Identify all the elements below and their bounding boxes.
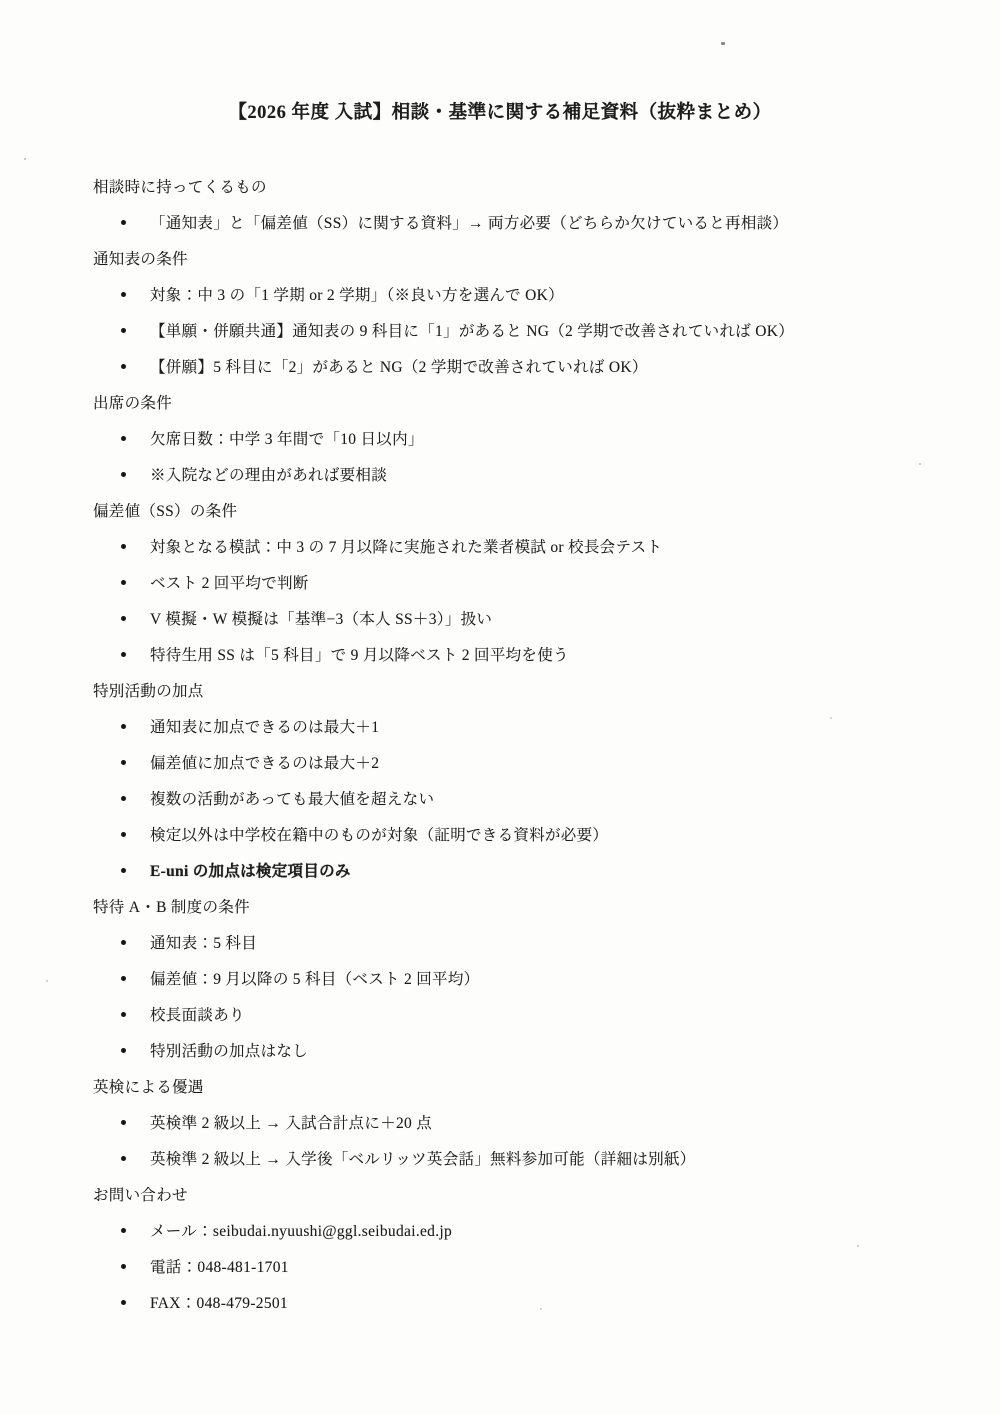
bullet-text: 複数の活動があっても最大値を超えない bbox=[150, 787, 434, 809]
bullet-item: FAX：048-479-2501 bbox=[93, 1284, 960, 1320]
bullet-item: 特待生用 SS は「5 科目」で 9 月以降ベスト 2 回平均を使う bbox=[93, 636, 960, 672]
bullet-icon bbox=[121, 652, 126, 657]
bullet-text: 偏差値に加点できるのは最大＋2 bbox=[150, 751, 379, 773]
bullet-text: メール：seibudai.nyuushi@ggl.seibudai.ed.jp bbox=[150, 1219, 452, 1241]
scan-speck bbox=[540, 1308, 542, 1310]
bullet-text: 通知表に加点できるのは最大＋1 bbox=[150, 715, 379, 737]
scan-speck bbox=[857, 1245, 859, 1247]
bullet-item: 【併願】5 科目に「2」があると NG（2 学期で改善されていれば OK） bbox=[93, 348, 960, 384]
section-heading: 英検による優遇 bbox=[93, 1068, 960, 1104]
bullet-item: 通知表：5 科目 bbox=[93, 924, 960, 960]
bullet-text: 偏差値：9 月以降の 5 科目（ベスト 2 回平均） bbox=[150, 967, 479, 989]
scan-speck bbox=[721, 42, 725, 45]
bullet-text: 対象：中 3 の「1 学期 or 2 学期」（※良い方を選んで OK） bbox=[150, 283, 564, 305]
bullet-text: 検定以外は中学校在籍中のものが対象（証明できる資料が必要） bbox=[150, 823, 608, 845]
bullet-item: 偏差値：9 月以降の 5 科目（ベスト 2 回平均） bbox=[93, 960, 960, 996]
bullet-text: 欠席日数：中学 3 年間で「10 日以内」 bbox=[150, 427, 424, 449]
bullet-icon bbox=[121, 616, 126, 621]
bullet-icon bbox=[121, 832, 126, 837]
bullet-text: 校長面談あり bbox=[150, 1003, 245, 1025]
bullet-text: 対象となる模試：中 3 の 7 月以降に実施された業者模試 or 校長会テスト bbox=[150, 535, 662, 557]
section-heading: 偏差値（SS）の条件 bbox=[93, 492, 960, 528]
bullet-text: 「通知表」と「偏差値（SS）に関する資料」→ 両方必要（どちらか欠けていると再相… bbox=[150, 211, 788, 233]
scan-speck bbox=[830, 717, 832, 719]
bullet-text: 【単願・併願共通】通知表の 9 科目に「1」があると NG（2 学期で改善されて… bbox=[150, 319, 794, 341]
bullet-item: ベスト 2 回平均で判断 bbox=[93, 564, 960, 600]
bullet-item: 【単願・併願共通】通知表の 9 科目に「1」があると NG（2 学期で改善されて… bbox=[93, 312, 960, 348]
bullet-item: E-uni の加点は検定項目のみ bbox=[93, 852, 960, 888]
bullet-text: ベスト 2 回平均で判断 bbox=[150, 571, 309, 593]
bullet-item: メール：seibudai.nyuushi@ggl.seibudai.ed.jp bbox=[93, 1212, 960, 1248]
bullet-item: V 模擬・W 模擬は「基準−3（本人 SS＋3）」扱い bbox=[93, 600, 960, 636]
bullet-text: FAX：048-479-2501 bbox=[150, 1291, 288, 1313]
bullet-icon bbox=[121, 1264, 126, 1269]
bullet-icon bbox=[121, 760, 126, 765]
bullet-item: ※入院などの理由があれば要相談 bbox=[93, 456, 960, 492]
bullet-item: 対象：中 3 の「1 学期 or 2 学期」（※良い方を選んで OK） bbox=[93, 276, 960, 312]
section-heading: お問い合わせ bbox=[93, 1176, 960, 1212]
bullet-item: 特別活動の加点はなし bbox=[93, 1032, 960, 1068]
bullet-icon bbox=[121, 976, 126, 981]
bullet-icon bbox=[121, 1228, 126, 1233]
section-heading: 特別活動の加点 bbox=[93, 672, 960, 708]
scanned-document-page: 【2026 年度 入試】相談・基準に関する補足資料（抜粋まとめ） 相談時に持って… bbox=[0, 0, 1000, 1415]
bullet-item: 検定以外は中学校在籍中のものが対象（証明できる資料が必要） bbox=[93, 816, 960, 852]
bullet-text: E-uni の加点は検定項目のみ bbox=[150, 859, 351, 881]
bullet-item: 欠席日数：中学 3 年間で「10 日以内」 bbox=[93, 420, 960, 456]
bullet-text: 【併願】5 科目に「2」があると NG（2 学期で改善されていれば OK） bbox=[150, 355, 648, 377]
scan-speck bbox=[919, 463, 921, 465]
scan-speck bbox=[46, 980, 48, 982]
bullet-icon bbox=[121, 1300, 126, 1305]
bullet-icon bbox=[121, 796, 126, 801]
section-heading: 特待 A・B 制度の条件 bbox=[93, 888, 960, 924]
bullet-item: 複数の活動があっても最大値を超えない bbox=[93, 780, 960, 816]
bullet-icon bbox=[121, 544, 126, 549]
bullet-text: V 模擬・W 模擬は「基準−3（本人 SS＋3）」扱い bbox=[150, 607, 492, 629]
bullet-icon bbox=[121, 1012, 126, 1017]
bullet-icon bbox=[121, 220, 126, 225]
bullet-icon bbox=[121, 724, 126, 729]
bullet-icon bbox=[121, 292, 126, 297]
document-title: 【2026 年度 入試】相談・基準に関する補足資料（抜粋まとめ） bbox=[0, 98, 1000, 124]
bullet-text: 英検準 2 級以上 → 入試合計点に＋20 点 bbox=[150, 1111, 432, 1133]
bullet-icon bbox=[121, 472, 126, 477]
bullet-text: 通知表：5 科目 bbox=[150, 931, 257, 953]
bullet-icon bbox=[121, 1048, 126, 1053]
bullet-text: 電話：048-481-1701 bbox=[150, 1255, 289, 1277]
section-heading: 相談時に持ってくるもの bbox=[93, 168, 960, 204]
bullet-icon bbox=[121, 940, 126, 945]
scan-speck bbox=[24, 158, 26, 160]
bullet-icon bbox=[121, 328, 126, 333]
bullet-item: 対象となる模試：中 3 の 7 月以降に実施された業者模試 or 校長会テスト bbox=[93, 528, 960, 564]
bullet-item: 校長面談あり bbox=[93, 996, 960, 1032]
section-heading: 通知表の条件 bbox=[93, 240, 960, 276]
bullet-icon bbox=[121, 580, 126, 585]
document-body: 相談時に持ってくるもの「通知表」と「偏差値（SS）に関する資料」→ 両方必要（ど… bbox=[93, 168, 960, 1320]
bullet-item: 英検準 2 級以上 → 入学後「ベルリッツ英会話」無料参加可能（詳細は別紙） bbox=[93, 1140, 960, 1176]
bullet-item: 英検準 2 級以上 → 入試合計点に＋20 点 bbox=[93, 1104, 960, 1140]
bullet-item: 通知表に加点できるのは最大＋1 bbox=[93, 708, 960, 744]
bullet-text: 特別活動の加点はなし bbox=[150, 1039, 308, 1061]
bullet-text: 英検準 2 級以上 → 入学後「ベルリッツ英会話」無料参加可能（詳細は別紙） bbox=[150, 1147, 696, 1169]
bullet-item: 電話：048-481-1701 bbox=[93, 1248, 960, 1284]
bullet-item: 偏差値に加点できるのは最大＋2 bbox=[93, 744, 960, 780]
bullet-icon bbox=[121, 1156, 126, 1161]
bullet-icon bbox=[121, 868, 126, 873]
bullet-icon bbox=[121, 1120, 126, 1125]
section-heading: 出席の条件 bbox=[93, 384, 960, 420]
bullet-text: 特待生用 SS は「5 科目」で 9 月以降ベスト 2 回平均を使う bbox=[150, 643, 569, 665]
bullet-item: 「通知表」と「偏差値（SS）に関する資料」→ 両方必要（どちらか欠けていると再相… bbox=[93, 204, 960, 240]
bullet-icon bbox=[121, 436, 126, 441]
bullet-icon bbox=[121, 364, 126, 369]
bullet-text: ※入院などの理由があれば要相談 bbox=[150, 463, 387, 485]
